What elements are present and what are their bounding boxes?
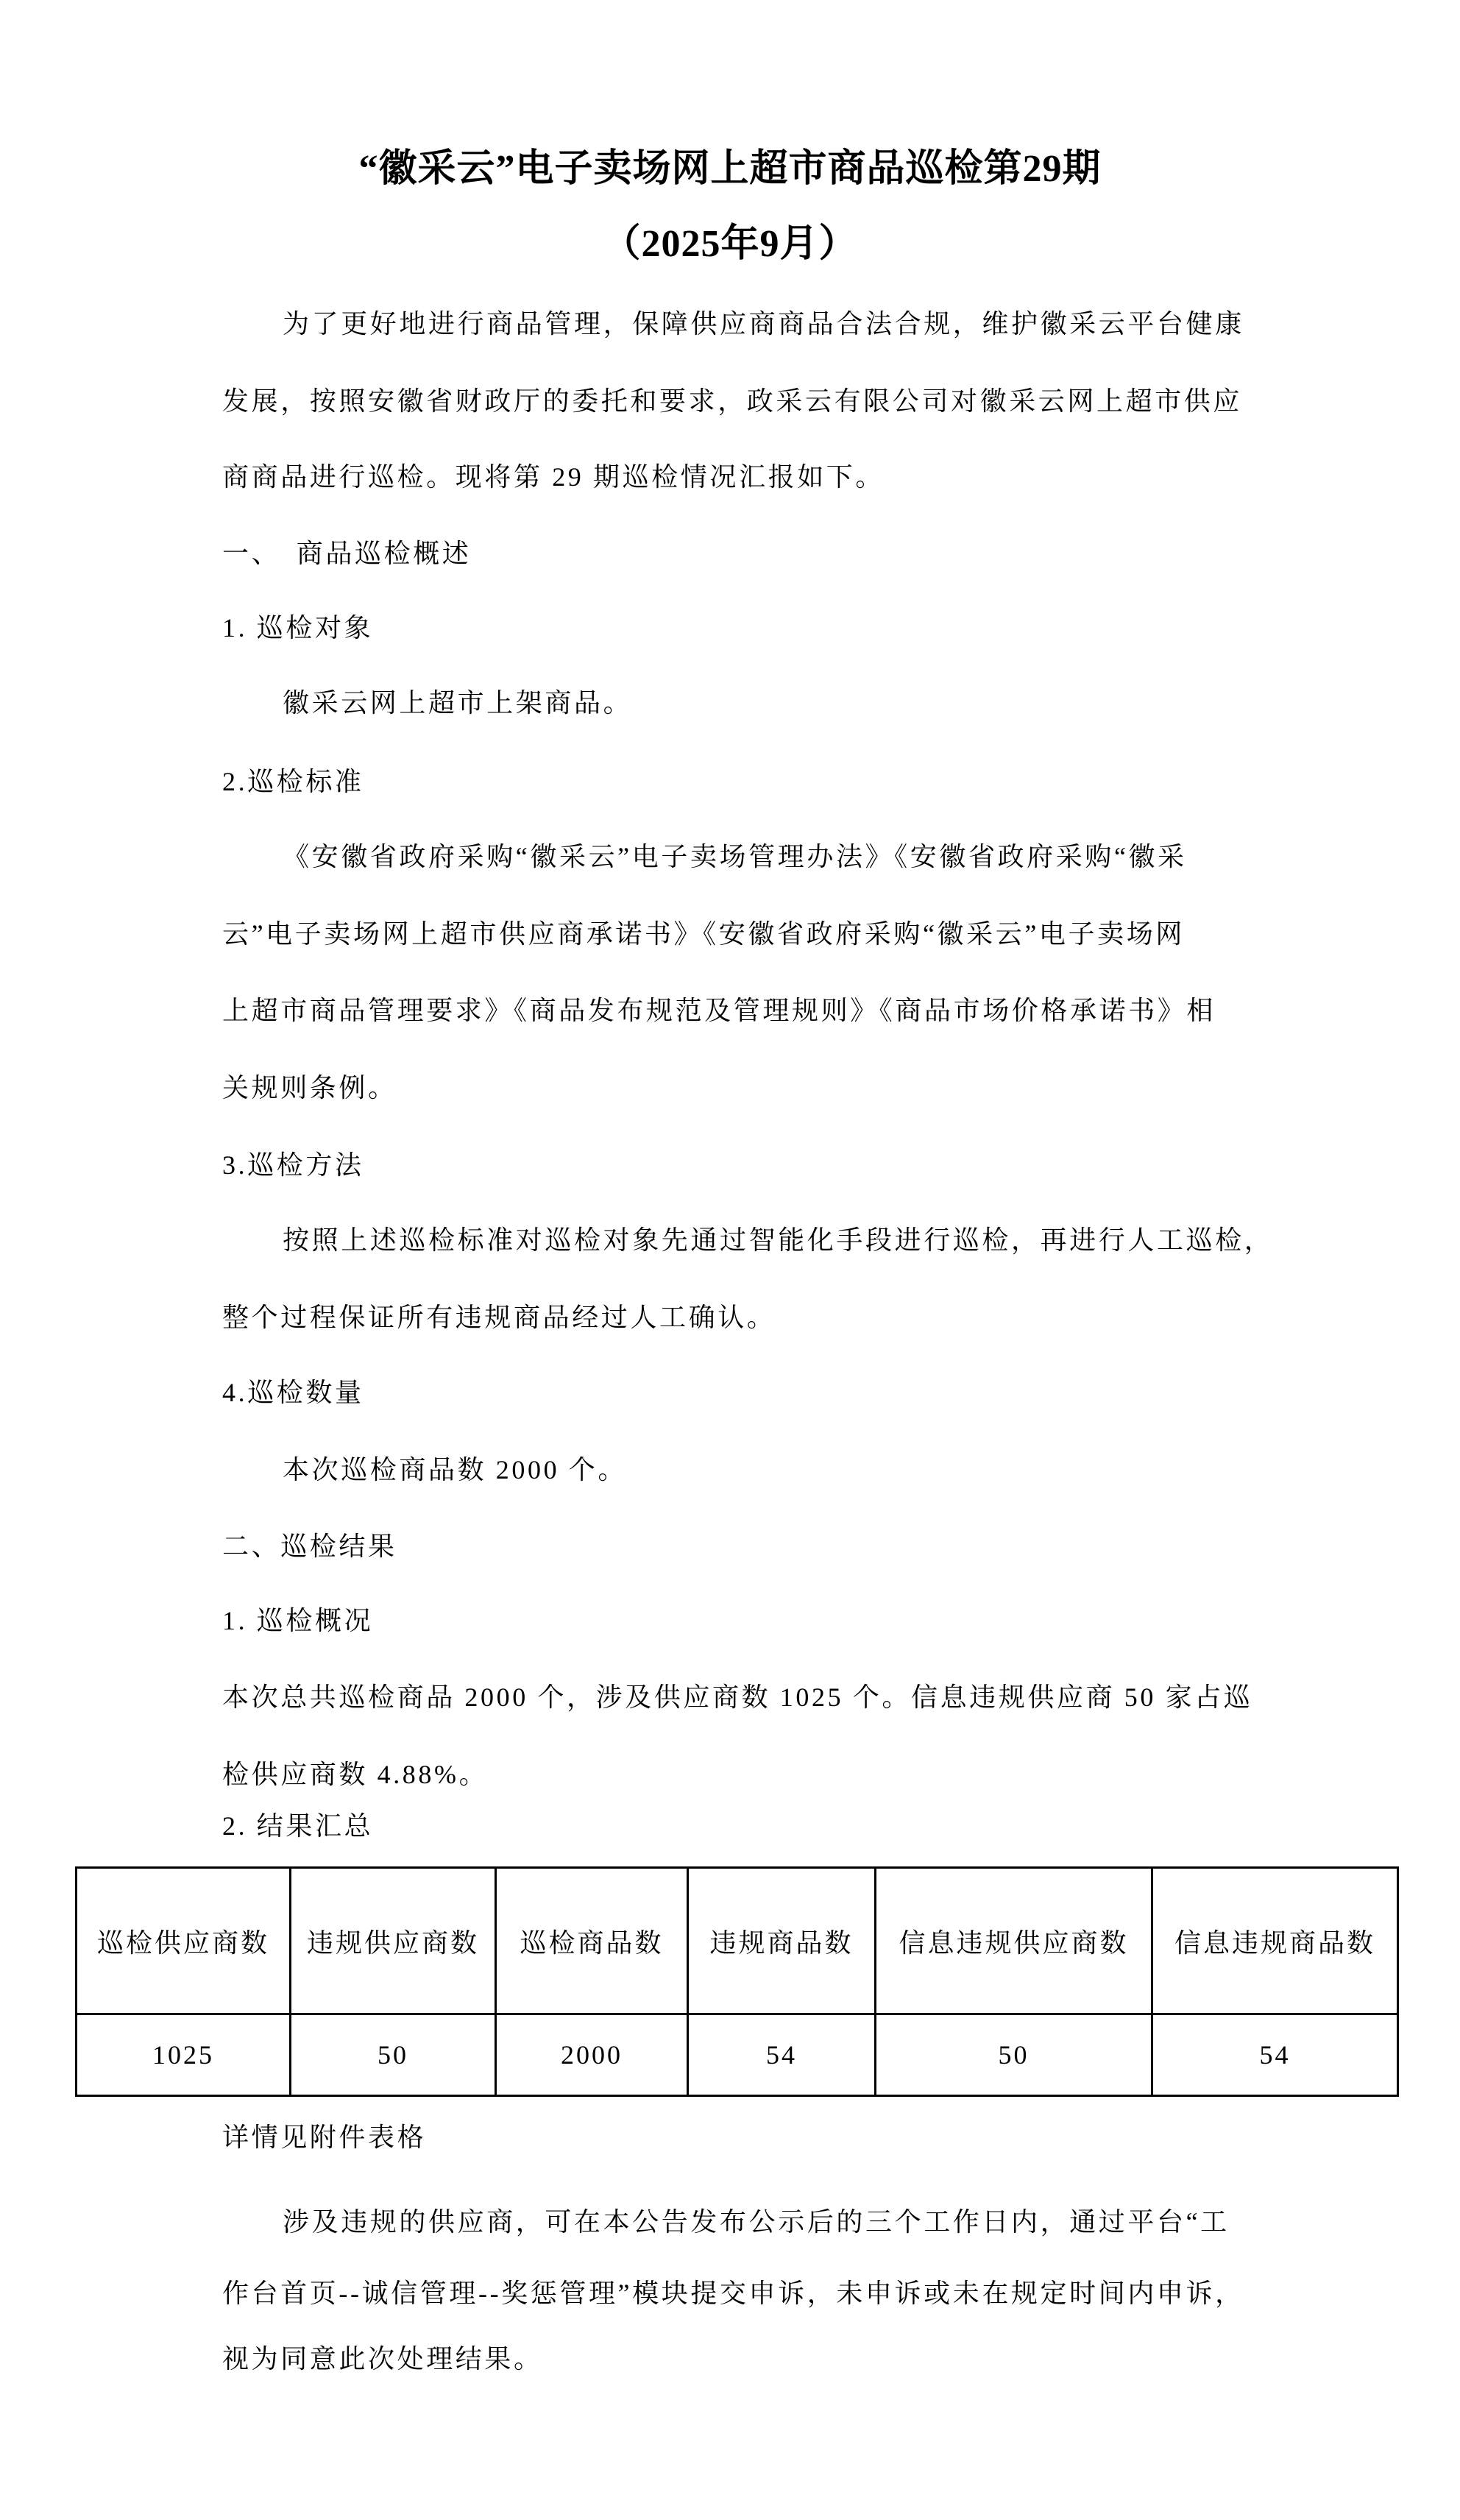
table-row: 1025 50 2000 54 50 54: [77, 2014, 1398, 2096]
intro-line: 商商品进行巡检。现将第 29 期巡检情况汇报如下。: [222, 456, 885, 498]
table-header-row: 巡检供应商数 违规供应商数 巡检商品数 违规商品数 信息违规供应商数 信息违规商…: [77, 1868, 1398, 2014]
document-title: “徽采云”电子卖场网上超市商品巡检第29期: [0, 144, 1460, 195]
inspection-quantity-text: 本次巡检商品数 2000 个。: [283, 1449, 627, 1490]
section-heading-overview: 一、 商品巡检概述: [222, 533, 471, 574]
intro-line: 为了更好地进行商品管理，保障供应商商品合法合规，维护徽采云平台健康: [283, 303, 1244, 344]
appeal-line: 作台首页--诚信管理--奖惩管理”模块提交申诉，未申诉或未在规定时间内申诉，: [222, 2273, 1244, 2314]
cell-info-violating-products: 54: [1152, 2014, 1398, 2096]
overview-line: 检供应商数 4.88%。: [222, 1754, 488, 1795]
appeal-line: 视为同意此次处理结果。: [222, 2338, 543, 2379]
header-info-violating-products: 信息违规商品数: [1152, 1868, 1398, 2014]
header-violating-suppliers: 违规供应商数: [291, 1868, 496, 2014]
document-subtitle: （2025年9月）: [0, 219, 1460, 270]
subheading-inspection-standard: 2.巡检标准: [222, 761, 364, 802]
header-info-violating-suppliers: 信息违规供应商数: [876, 1868, 1152, 2014]
cell-violating-suppliers: 50: [291, 2014, 496, 2096]
standard-line: 《安徽省政府采购“徽采云”电子卖场管理办法》《安徽省政府采购“徽采: [283, 836, 1187, 877]
overview-line: 本次总共巡检商品 2000 个，涉及供应商数 1025 个。信息违规供应商 50…: [222, 1677, 1252, 1718]
appeal-line: 涉及违规的供应商，可在本公告发布公示后的三个工作日内，通过平台“工: [283, 2201, 1230, 2243]
intro-line: 发展，按照安徽省财政厅的委托和要求，政采云有限公司对徽采云网上超市供应: [222, 381, 1242, 422]
header-inspected-products: 巡检商品数: [496, 1868, 688, 2014]
standard-line: 上超市商品管理要求》《商品发布规范及管理规则》《商品市场价格承诺书》相: [222, 990, 1216, 1031]
subheading-overview: 1. 巡检概况: [222, 1600, 373, 1641]
cell-info-violating-suppliers: 50: [876, 2014, 1152, 2096]
standard-line: 云”电子卖场网上超市供应商承诺书》《安徽省政府采购“徽采云”电子卖场网: [222, 913, 1185, 955]
subheading-inspection-quantity: 4.巡检数量: [222, 1372, 364, 1413]
header-violating-products: 违规商品数: [688, 1868, 876, 2014]
inspection-object-text: 徽采云网上超市上架商品。: [283, 682, 632, 723]
subheading-inspection-object: 1. 巡检对象: [222, 607, 373, 648]
section-heading-results: 二、巡检结果: [222, 1526, 397, 1567]
subheading-summary: 2. 结果汇总: [222, 1805, 373, 1847]
cell-inspected-suppliers: 1025: [77, 2014, 291, 2096]
cell-violating-products: 54: [688, 2014, 876, 2096]
cell-inspected-products: 2000: [496, 2014, 688, 2096]
method-line: 整个过程保证所有违规商品经过人工确认。: [222, 1297, 776, 1338]
subheading-inspection-method: 3.巡检方法: [222, 1144, 364, 1186]
results-summary-table: 巡检供应商数 违规供应商数 巡检商品数 违规商品数 信息违规供应商数 信息违规商…: [75, 1866, 1399, 2097]
attachment-note: 详情见附件表格: [222, 2117, 426, 2158]
method-line: 按照上述巡检标准对巡检对象先通过智能化手段进行巡检，再进行人工巡检，: [283, 1220, 1273, 1261]
standard-line: 关规则条例。: [222, 1067, 397, 1108]
header-inspected-suppliers: 巡检供应商数: [77, 1868, 291, 2014]
